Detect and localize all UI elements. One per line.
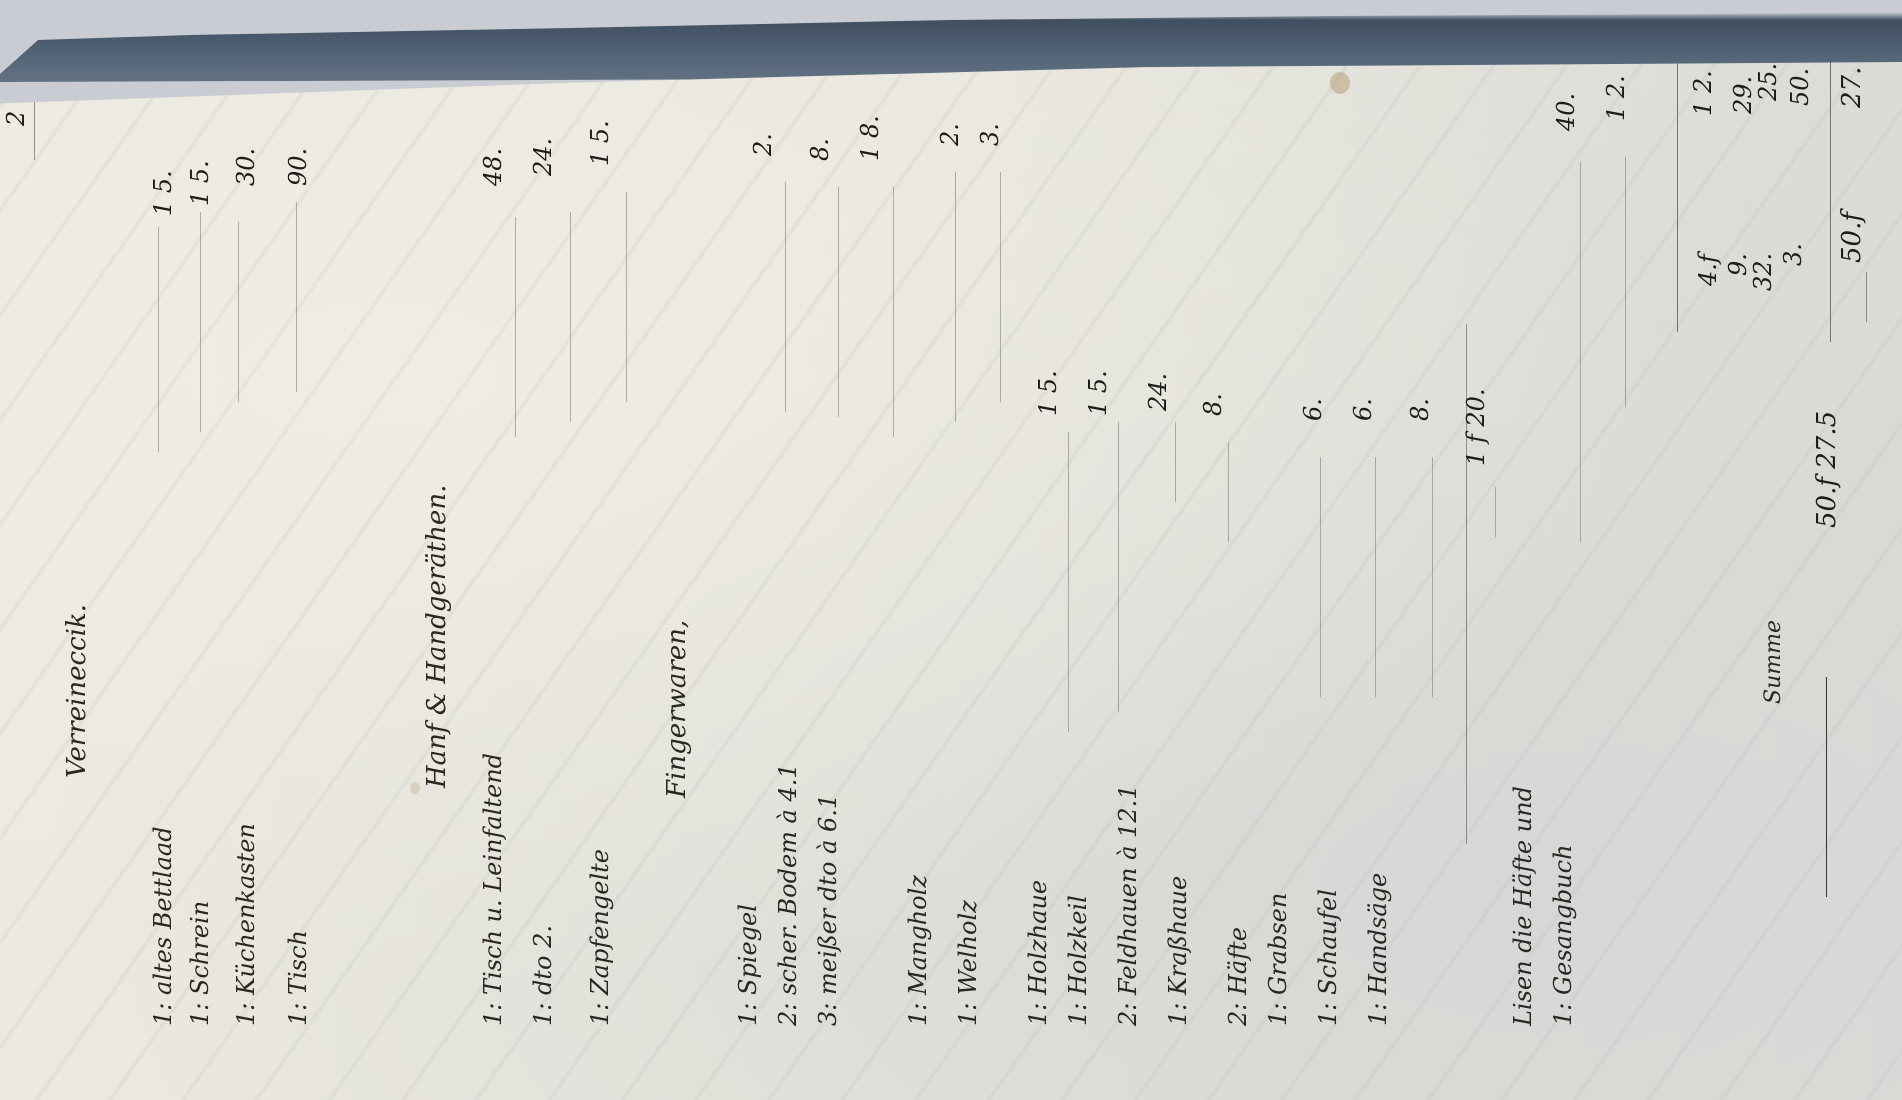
item-label: dto 2. (529, 925, 557, 995)
document-page: 2 Verreineccik. 1: altes Bettlaad 1 5. 1… (0, 62, 1902, 1100)
item-label: Zapfengelte (586, 849, 614, 995)
leader-line (200, 212, 201, 432)
leader-line (570, 212, 571, 422)
item-qty: 1: (1314, 1003, 1342, 1026)
item-sub-amount: 6. (1301, 398, 1325, 421)
leader-line (1495, 487, 1496, 537)
item-label: Lisen die Häfte und (1509, 786, 1537, 1026)
item-qty: 1: (479, 1003, 507, 1026)
item-amount: 1 5. (188, 160, 212, 206)
item-label: Tisch u. Leinfaltend (479, 753, 507, 995)
leader-line (626, 192, 627, 402)
item-amount: 8. (808, 138, 832, 161)
leader-line (1000, 172, 1001, 402)
item-qty: 3: (814, 1003, 842, 1026)
leader-line (1068, 432, 1069, 732)
item-qty: 1: (1549, 1003, 1577, 1026)
item-amount: 1 5. (588, 120, 612, 166)
item-label: Welholz (954, 900, 982, 995)
item-label: Holzhaue (1024, 880, 1052, 995)
leader-line (515, 217, 516, 437)
item-label: altes Bettlaad (149, 826, 177, 995)
summary-b-2: 29. (1731, 76, 1755, 114)
item-label: Feldhauen à 12.1 (1114, 785, 1142, 995)
summary-a-1: 4.f (1696, 254, 1720, 286)
leader-line (1118, 422, 1119, 712)
leader-line (955, 172, 956, 422)
item-amount: 40. (1554, 93, 1578, 131)
leader-line (1432, 457, 1433, 697)
item-qty: 1: (232, 1003, 260, 1026)
item-amount: 3. (978, 123, 1002, 146)
item-label: Küchenkasten (232, 823, 260, 995)
page-number: 2 (4, 111, 28, 126)
section-header: Fingerwaren, (664, 620, 690, 798)
summary-total-kreuzer: 27. (1839, 67, 1865, 108)
item-qty: 2: (774, 1003, 802, 1026)
item-qty: 1: (1024, 1003, 1052, 1026)
summary-rule-left (1677, 42, 1678, 332)
item-qty: 1: (529, 1003, 557, 1026)
item-amount: 1 8. (858, 115, 882, 161)
paper-stain (1330, 72, 1350, 94)
item-amount: 2. (938, 123, 962, 146)
item-label: Spiegel (734, 904, 762, 995)
leader-line (158, 227, 159, 452)
item-label: scher. Bodem à 4.1 (774, 763, 802, 995)
item-sub-amount: 1 5. (1086, 370, 1110, 416)
leader-line (838, 187, 839, 417)
item-amount: 30. (234, 148, 258, 186)
item-label: Kraßhaue (1164, 876, 1192, 995)
item-qty: 1: (1064, 1003, 1092, 1026)
item-label: Holzkeil (1064, 895, 1092, 995)
item-qty: 1: (954, 1003, 982, 1026)
item-qty: 2: (1224, 1003, 1252, 1026)
item-qty: 1: (1364, 1003, 1392, 1026)
leader-line (893, 187, 894, 437)
item-qty: 1: (904, 1003, 932, 1026)
item-label: Grabsen (1264, 893, 1292, 995)
summary-a-2: 9. (1726, 253, 1750, 276)
leader-line (1625, 157, 1626, 407)
item-label: Schaufel (1314, 889, 1342, 995)
leader-line (1320, 457, 1321, 697)
summary-total-florins: 50.f (1839, 212, 1865, 263)
item-sub-amount: 1 5. (1036, 370, 1060, 416)
section-header: Verreineccik. (64, 604, 90, 778)
leader-line (238, 222, 239, 402)
summary-b-1: 1 2. (1691, 70, 1715, 116)
leader-line (785, 182, 786, 412)
item-label: meißer dto à 6.1 (814, 794, 842, 995)
item-label: Häfte (1224, 927, 1252, 995)
paper-stain (410, 782, 420, 794)
section-subtotal: 1 f 20. (1464, 388, 1488, 466)
summary-underline (1826, 677, 1827, 897)
item-qty: 1: (149, 1003, 177, 1026)
item-qty: 1: (1264, 1003, 1292, 1026)
leader-line (1866, 272, 1867, 322)
item-label: Mangholz (904, 875, 932, 995)
item-label: Schrein (186, 901, 214, 995)
item-qty: 1: (1164, 1003, 1192, 1026)
item-qty: 1: (186, 1003, 214, 1026)
page-number-rule (34, 80, 35, 160)
item-label: Gesangbuch (1549, 844, 1577, 995)
item-amount: 24. (531, 138, 555, 176)
summary-a-3: 32. (1751, 253, 1775, 291)
item-amount: 2. (751, 133, 775, 156)
item-sub-amount: 8. (1201, 393, 1225, 416)
item-qty: 1: (284, 1003, 312, 1026)
item-label: Tisch (284, 930, 312, 995)
section-header: Hanf & Handgeräthen. (424, 485, 450, 788)
summary-total: 50.f 27.5 (1814, 411, 1840, 528)
summary-b-4: 50. (1788, 68, 1812, 106)
item-amount: 1 2. (1604, 75, 1628, 121)
summary-a-4: 3. (1781, 243, 1805, 266)
leader-line (1175, 422, 1176, 502)
item-sub-amount: 8. (1408, 398, 1432, 421)
summary-rule-right (1830, 42, 1831, 342)
item-amount: 90. (286, 148, 310, 186)
leader-line (296, 202, 297, 392)
summary-b-3: 25. (1756, 63, 1780, 101)
leader-line (1228, 442, 1229, 542)
item-sub-amount: 6. (1351, 398, 1375, 421)
summary-label: Summe (1763, 620, 1785, 704)
item-qty: 1: (586, 1003, 614, 1026)
item-amount: 1 5. (151, 170, 175, 216)
item-qty: 1: (734, 1003, 762, 1026)
item-qty: 2: (1114, 1003, 1142, 1026)
item-label: Handsäge (1364, 873, 1392, 995)
leader-line (1375, 457, 1376, 697)
item-amount: 48. (481, 148, 505, 186)
item-sub-amount: 24. (1146, 373, 1170, 411)
leader-line (1580, 162, 1581, 542)
